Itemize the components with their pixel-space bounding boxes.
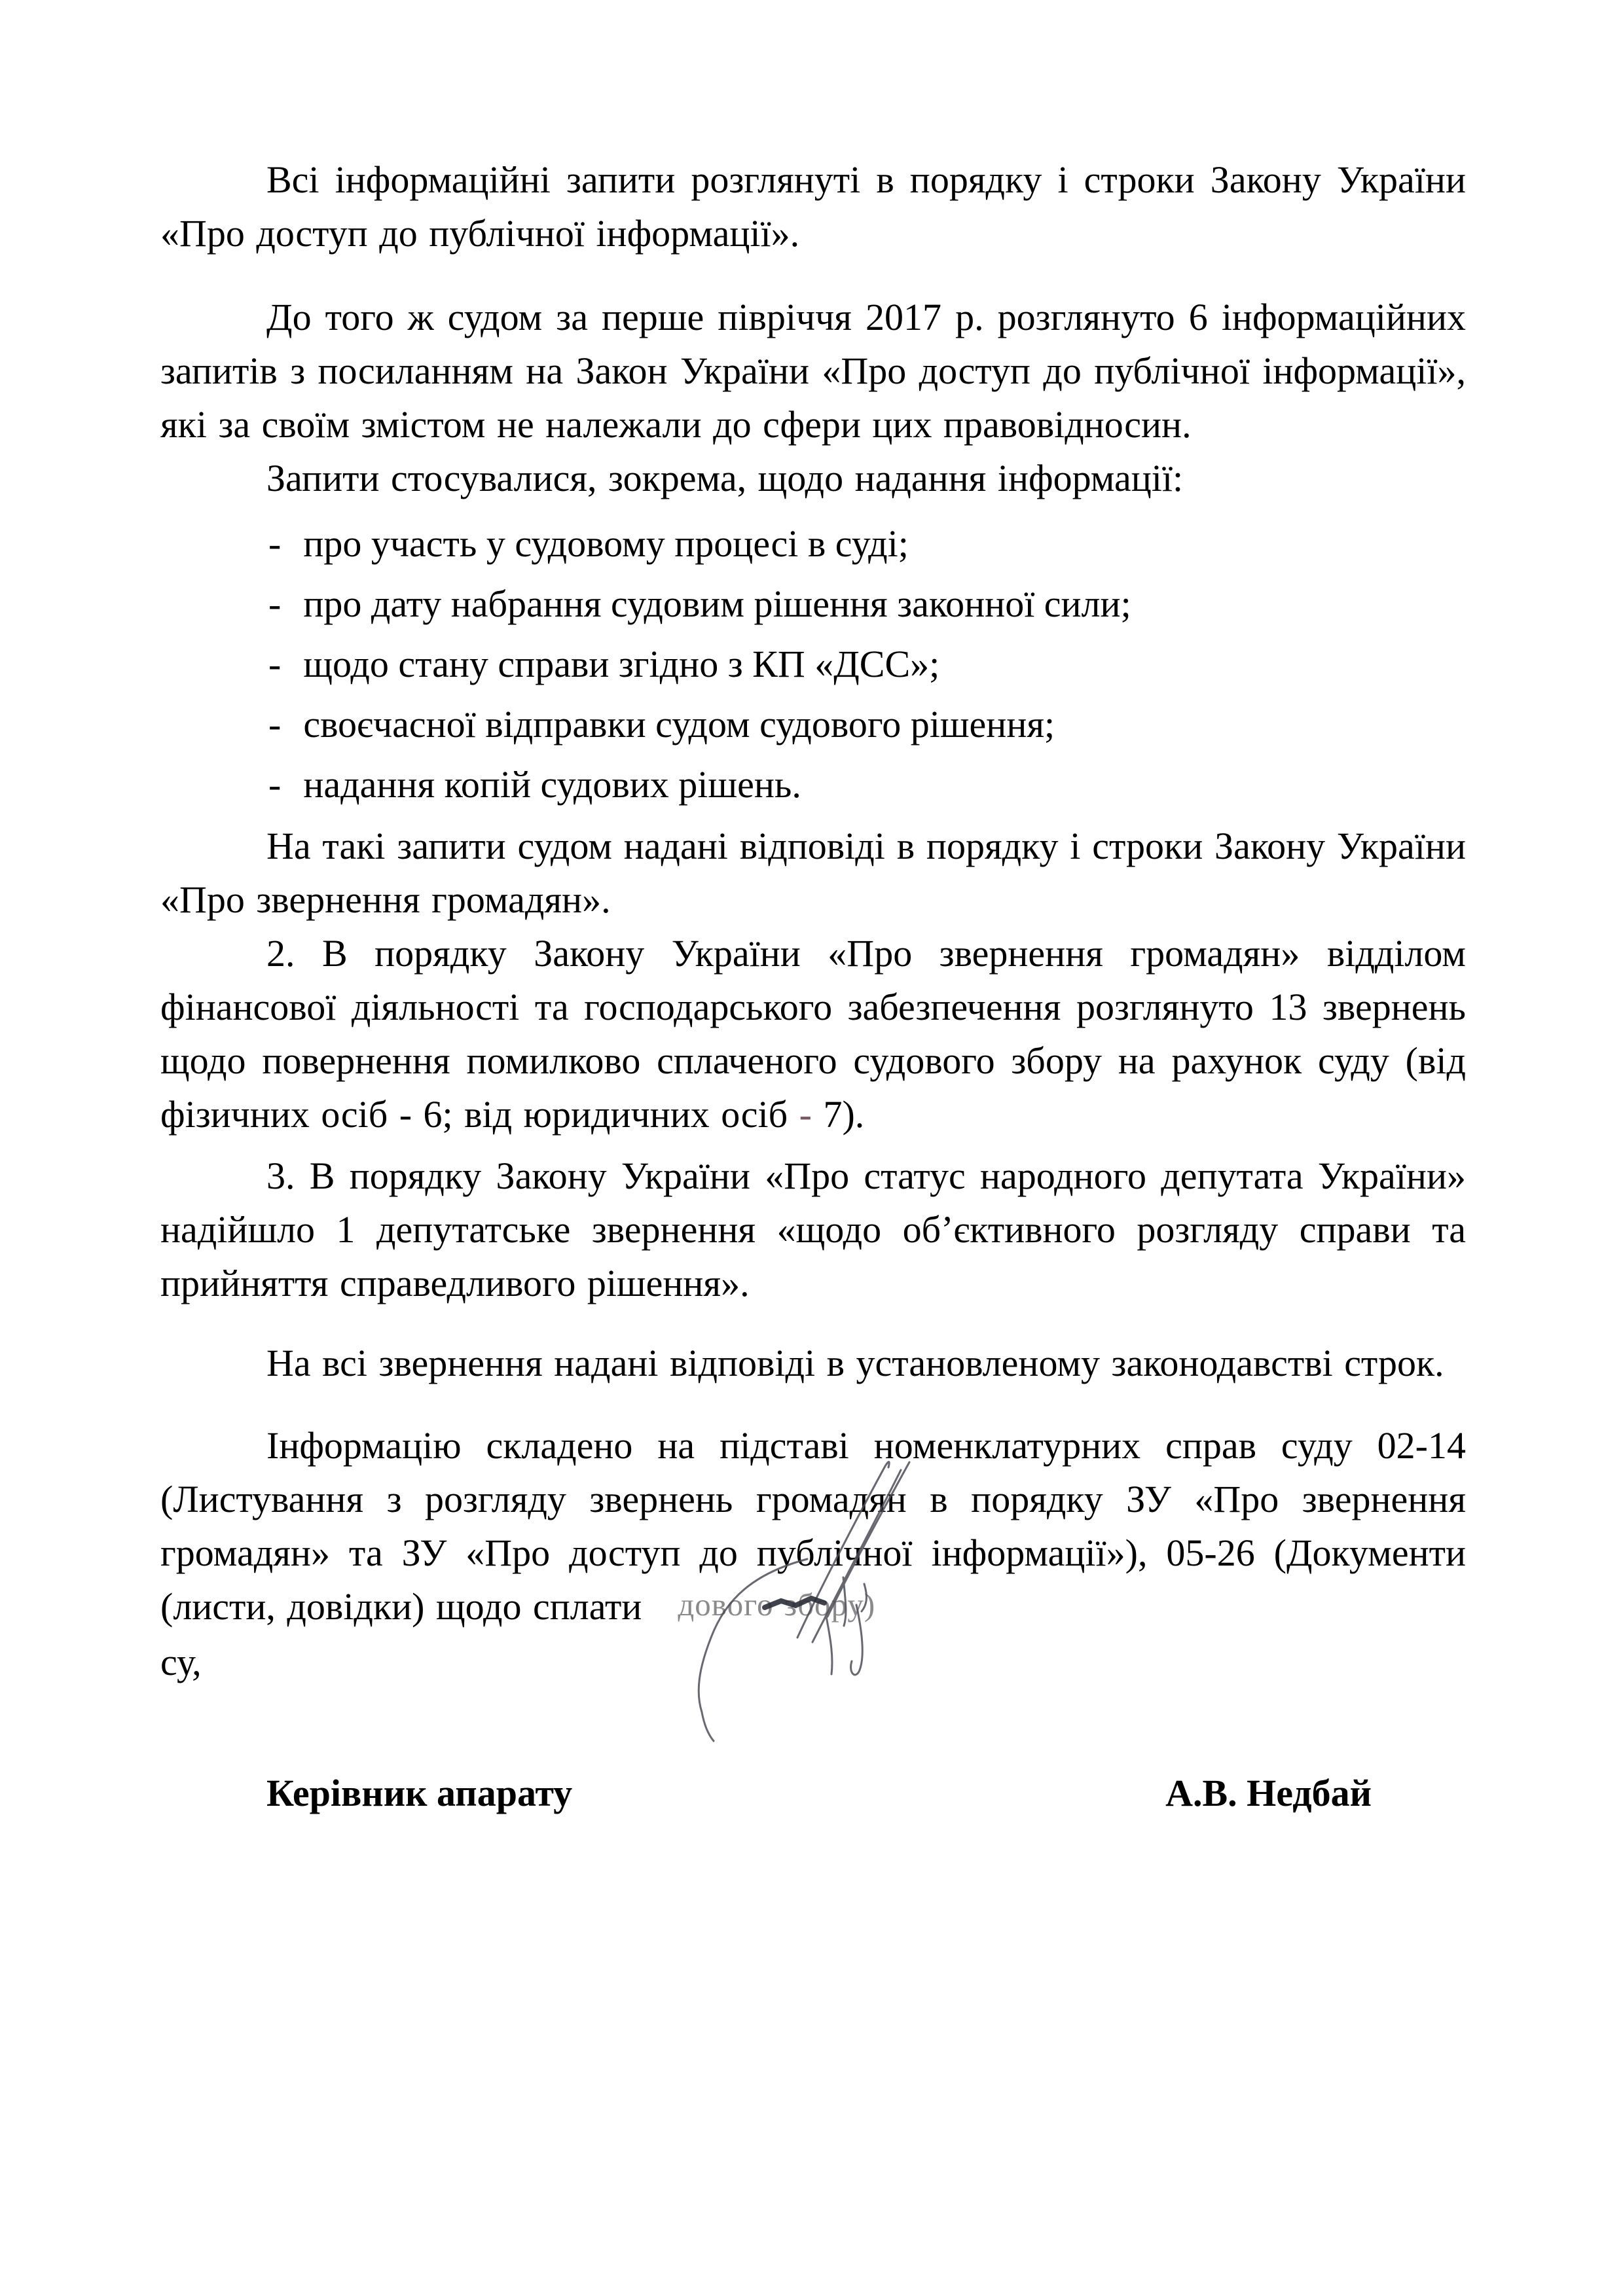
document-page: Всі інформаційні запити розглянуті в пор… xyxy=(0,0,1623,2296)
paragraph-responses-given: На такі запити судом надані відповіді в … xyxy=(160,819,1466,927)
list-item: - про участь у судовому процесі в суді; xyxy=(160,517,1466,571)
paragraph-sources-tail: су, xyxy=(160,1636,1466,1689)
paragraph-all-answered: На всі звернення надані відповіді в уста… xyxy=(160,1336,1466,1390)
paragraph-2-text-end: 7). xyxy=(812,1093,864,1136)
list-item-text: щодо стану справи згідно з КП «ДСС»; xyxy=(303,637,939,691)
signer-name: А.В. Недбай xyxy=(1165,1767,1372,1820)
list-item: - своєчасної відправки судом судового рі… xyxy=(160,698,1466,751)
list-item-text: про дату набрання судовим рішення законн… xyxy=(303,577,1131,631)
list-item: - надання копій судових рішень. xyxy=(160,758,1466,812)
paragraph-sources: Інформацію складено на підставі номенкла… xyxy=(160,1419,1466,1636)
paragraph-topics-intro: Запити стосувалися, зокрема, щодо наданн… xyxy=(160,452,1466,505)
list-item-text: надання копій судових рішень. xyxy=(303,758,801,812)
list-item: - щодо стану справи згідно з КП «ДСС»; xyxy=(160,637,1466,691)
dash-bullet: - xyxy=(268,758,281,812)
request-topics-list: - про участь у судовому процесі в суді; … xyxy=(160,517,1466,812)
paragraph-3-deputy-appeal: 3. В порядку Закону України «Про статус … xyxy=(160,1149,1466,1310)
signature-row: Керівник апарату А.В. Недбай xyxy=(160,1767,1466,1820)
gray-scan-overlay-text: дового збору) xyxy=(678,1587,875,1623)
paragraph-info-requests-handled: Всі інформаційні запити розглянуті в пор… xyxy=(160,153,1466,260)
paragraph-2-citizen-appeals: 2. В порядку Закону України «Про звернен… xyxy=(160,927,1466,1141)
dash-bullet: - xyxy=(268,577,281,631)
paragraph-half-year-requests: До того ж судом за перше півріччя 2017 р… xyxy=(160,291,1466,452)
list-item: - про дату набрання судовим рішення зако… xyxy=(160,577,1466,631)
red-hyphen: - xyxy=(799,1093,812,1136)
dash-bullet: - xyxy=(268,698,281,751)
dash-bullet: - xyxy=(268,637,281,691)
list-item-text: про участь у судовому процесі в суді; xyxy=(303,517,909,571)
list-item-text: своєчасної відправки судом судового ріше… xyxy=(303,698,1055,751)
dash-bullet: - xyxy=(268,517,281,571)
signer-role-label: Керівник апарату xyxy=(266,1767,572,1820)
